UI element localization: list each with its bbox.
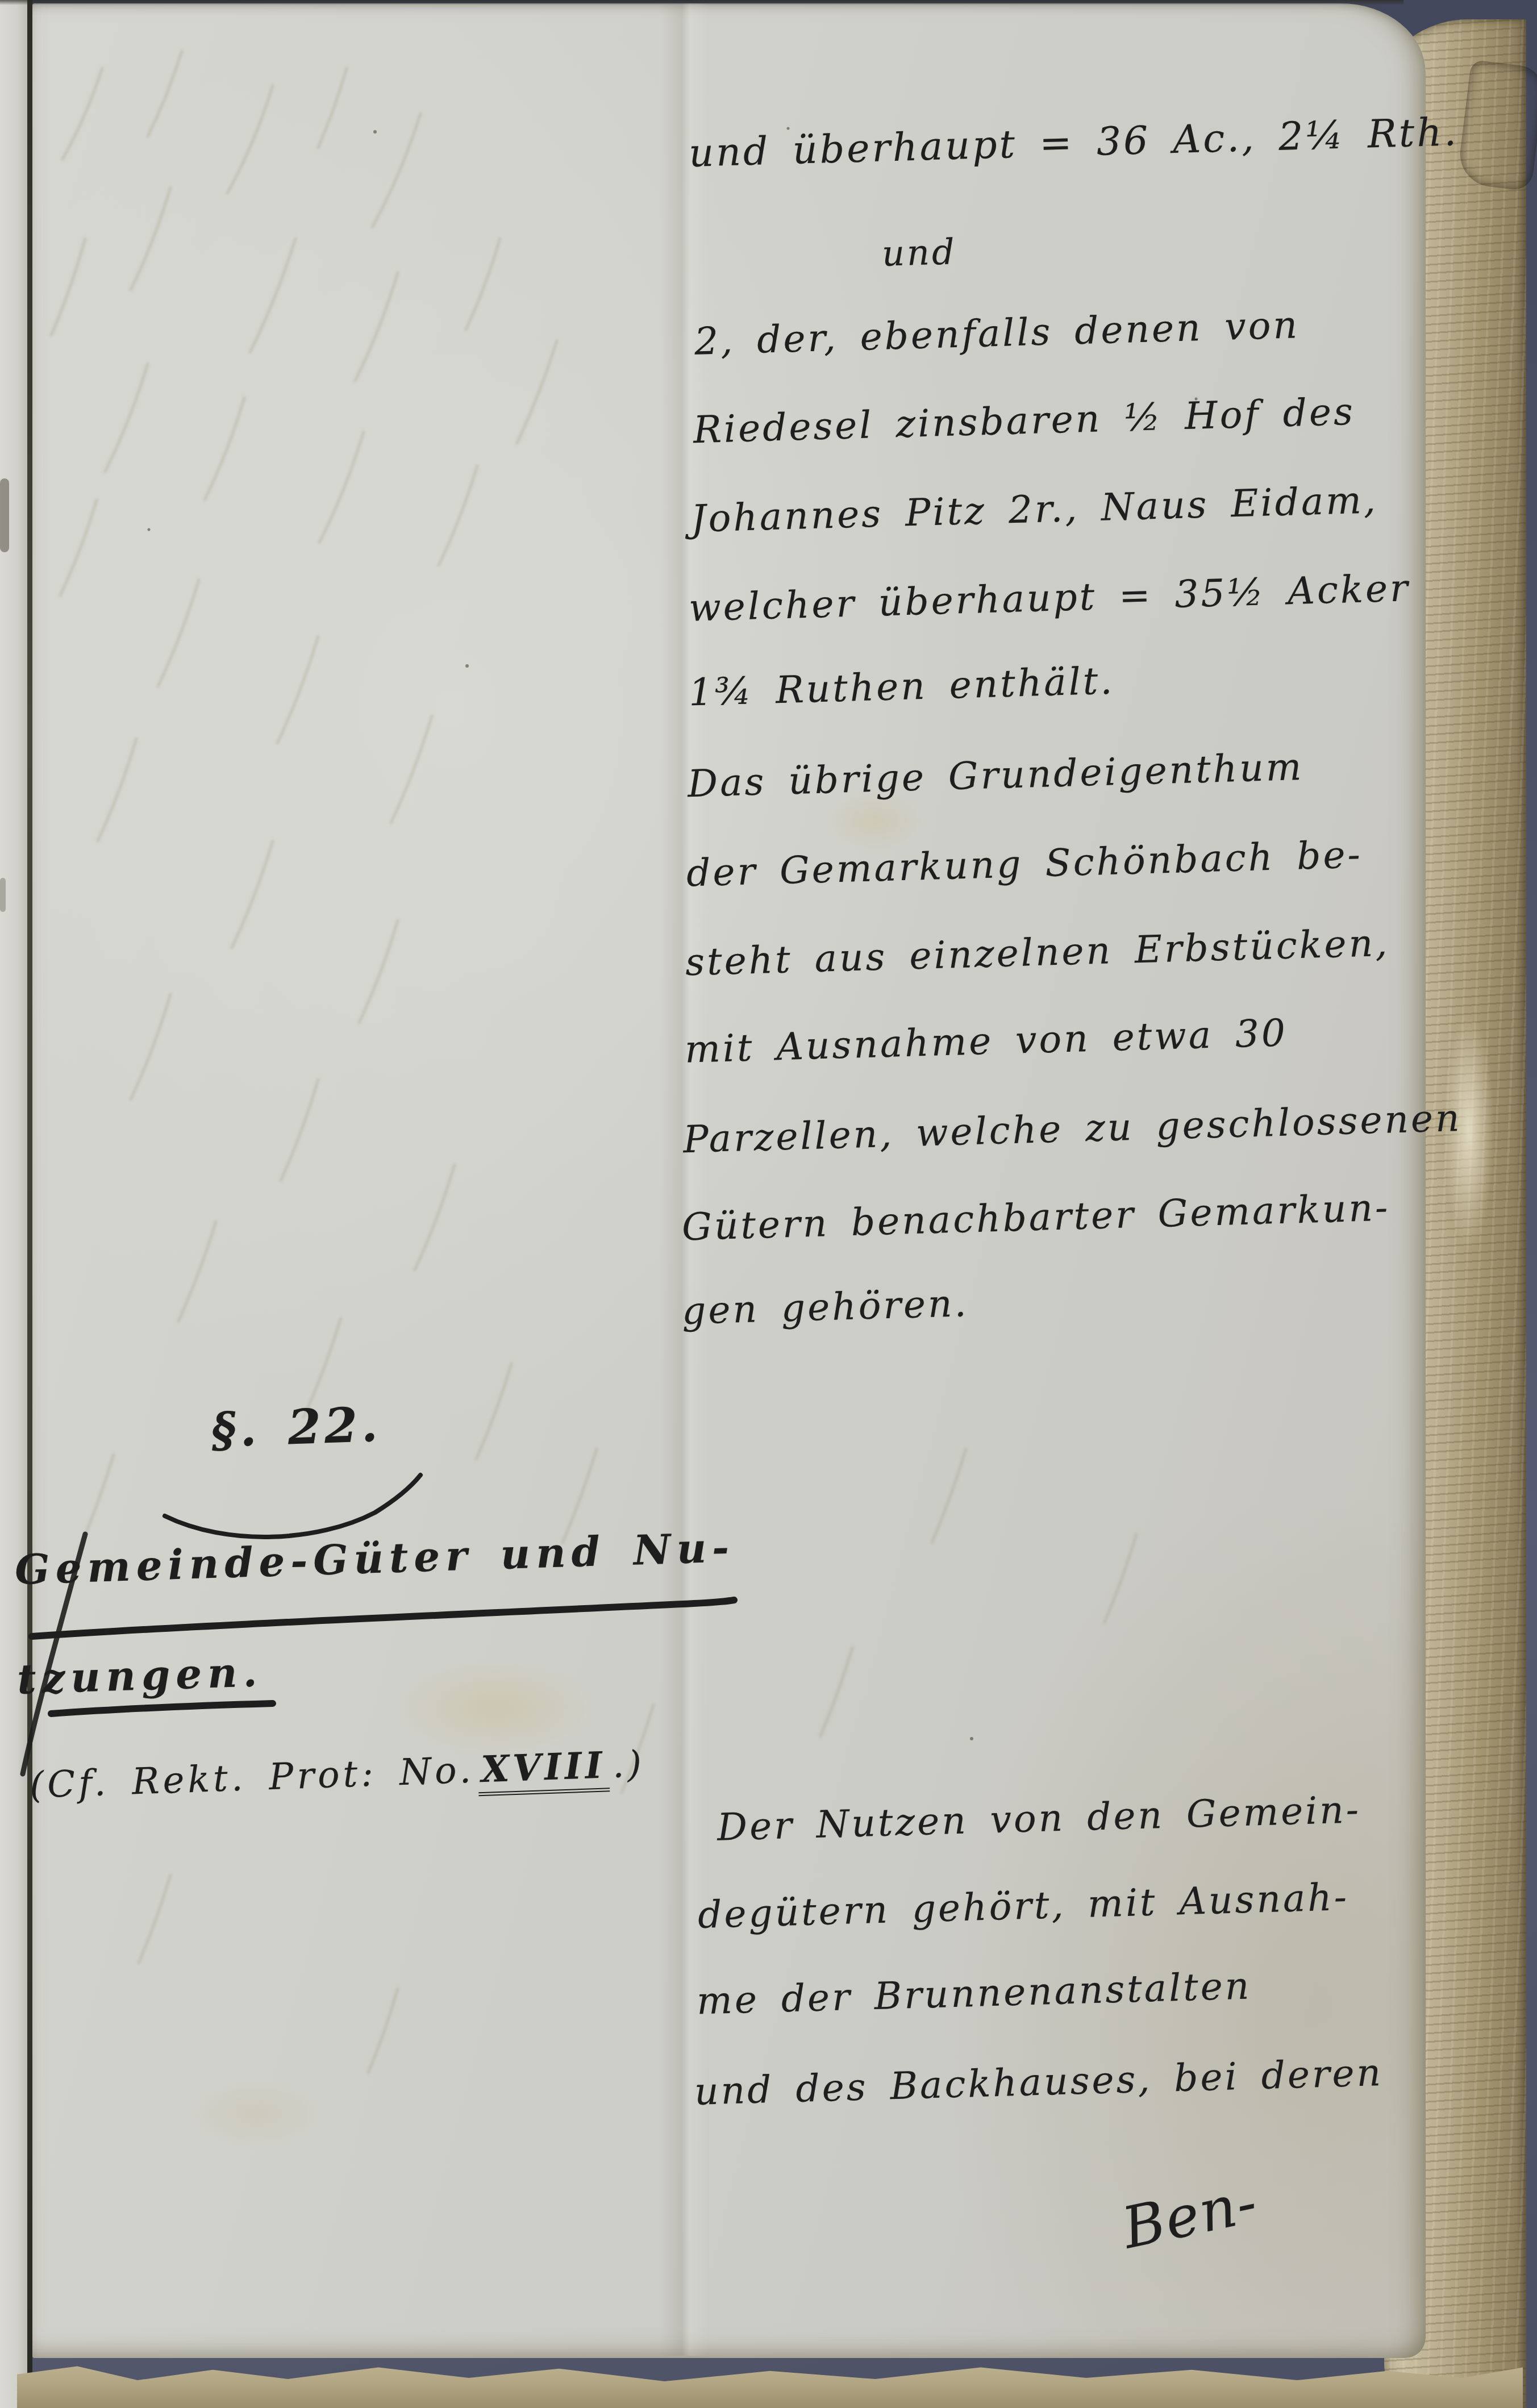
underline-swashes [23, 1475, 734, 1774]
manuscript-line: gen gehören. [681, 1281, 969, 1333]
reference-numeral: XVIII [477, 1744, 610, 1796]
manuscript-line: und [881, 231, 957, 274]
scanned-manuscript-screenshot: und überhaupt = 36 Ac., 2¼ Rth. und 2, d… [0, 0, 1537, 2408]
margin-heading-line2: tzungen. [16, 1647, 264, 1703]
reference-suffix: .) [611, 1743, 645, 1786]
section-number: §. 22. [210, 1396, 382, 1458]
